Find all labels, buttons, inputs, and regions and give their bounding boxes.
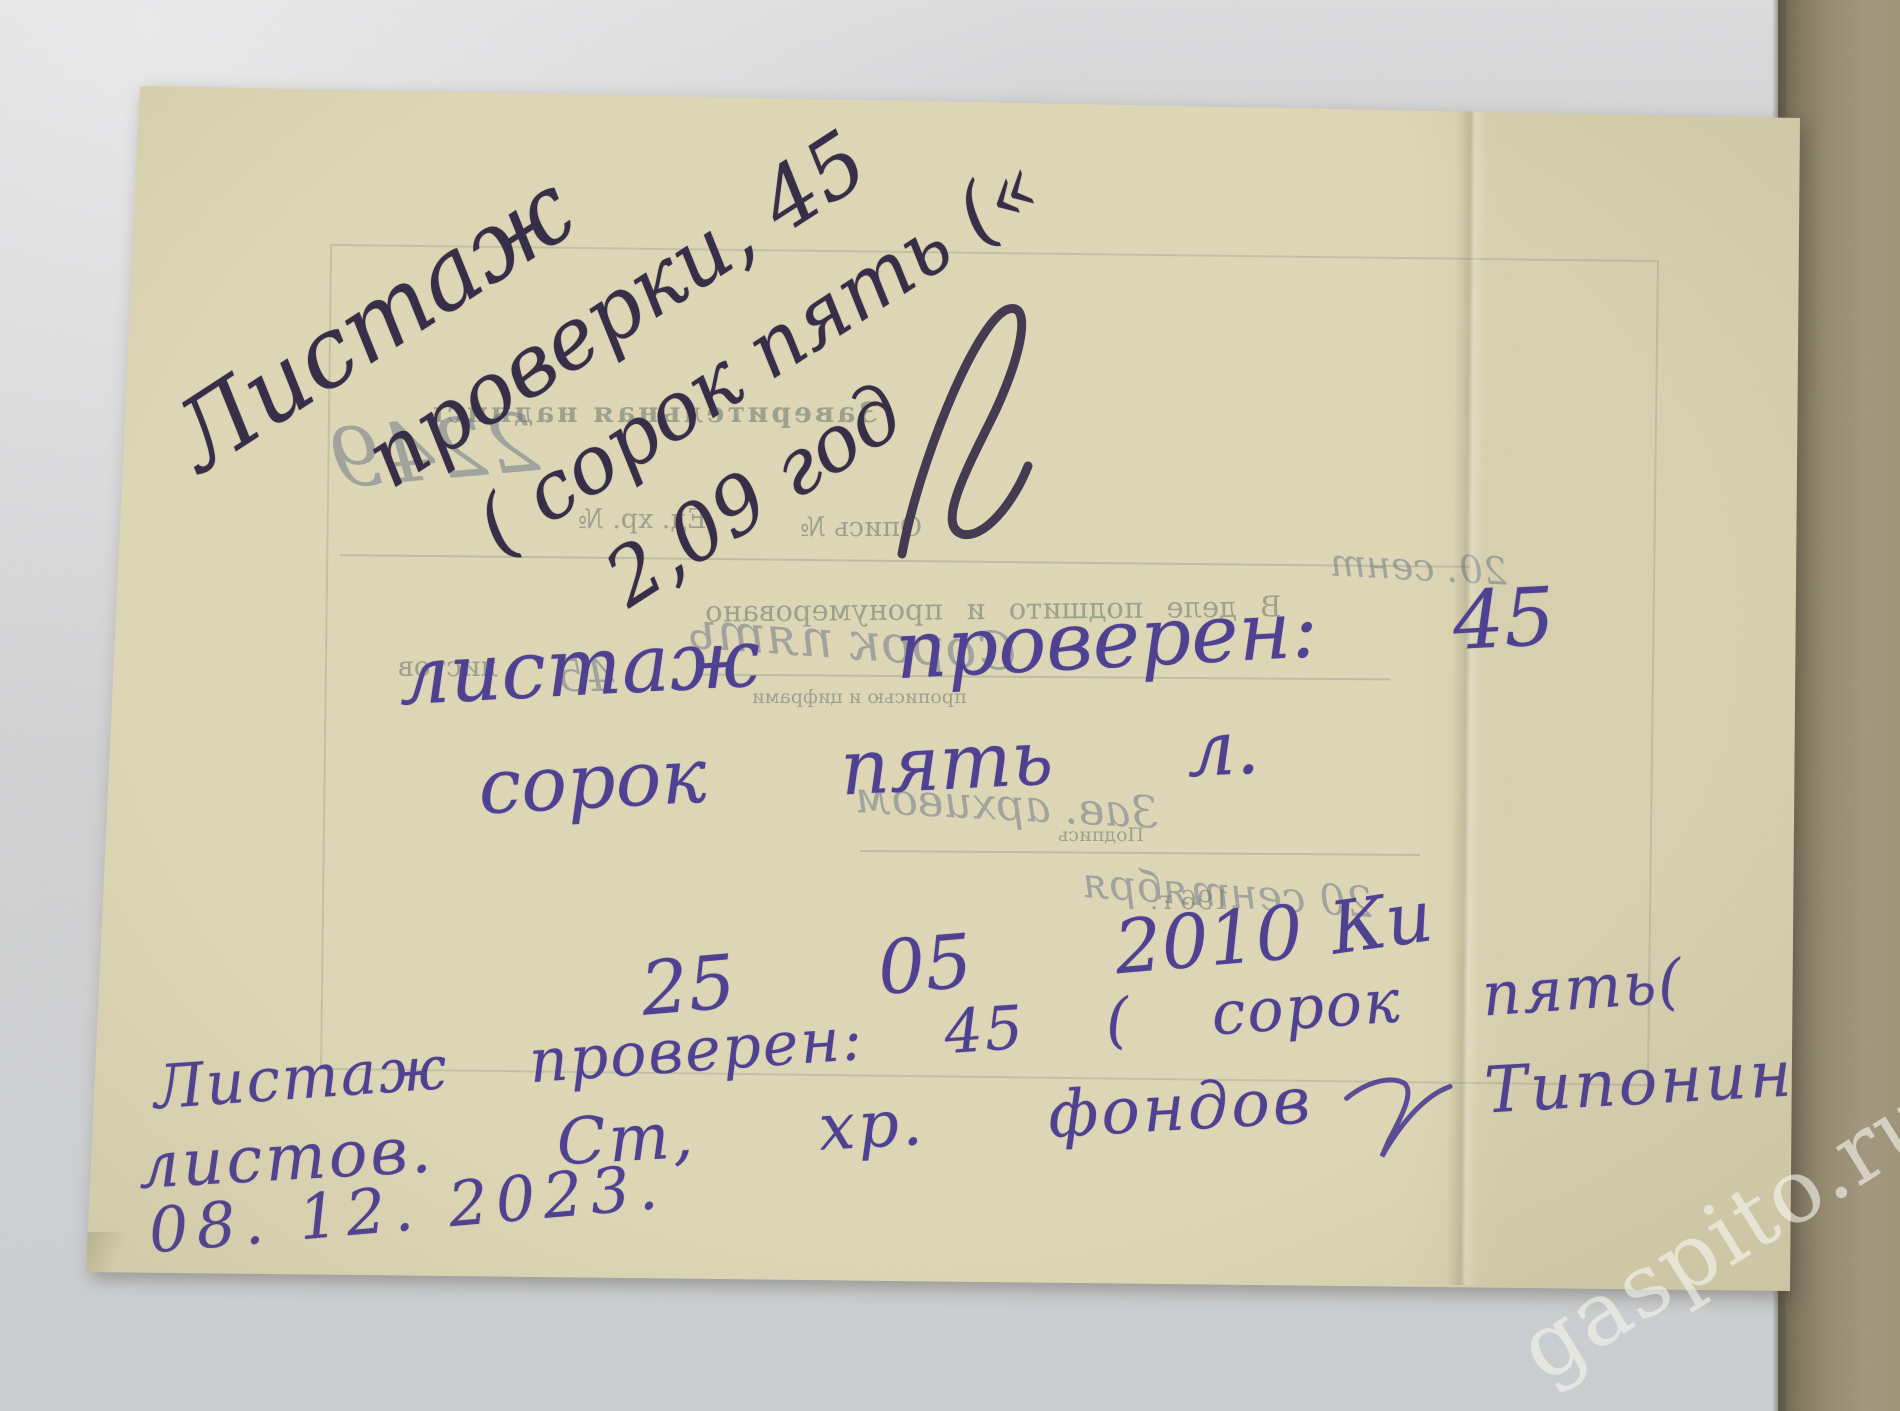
certification-slip: Заверительная надпись 2249 Ед. хр. № Опи… bbox=[0, 0, 1900, 1411]
ghost-podpis-label: Подпись bbox=[1058, 824, 1144, 846]
scanned-archive-document: Заверительная надпись 2249 Ед. хр. № Опи… bbox=[0, 0, 1900, 1411]
note-2023-keeper-name: Типонины bbox=[1483, 1034, 1852, 1128]
signature-flourish-dark bbox=[862, 282, 1052, 582]
ghost-rule-line bbox=[860, 850, 1420, 856]
note-2010-line-2: сорок пять л. bbox=[476, 702, 1261, 832]
page-wrapper: Заверительная надпись 2249 Ед. хр. № Опи… bbox=[0, 0, 1900, 1411]
folded-corner bbox=[84, 1232, 130, 1274]
signature-flourish-violet bbox=[1337, 1062, 1462, 1165]
note-2010-initials: Ки bbox=[1325, 873, 1438, 970]
